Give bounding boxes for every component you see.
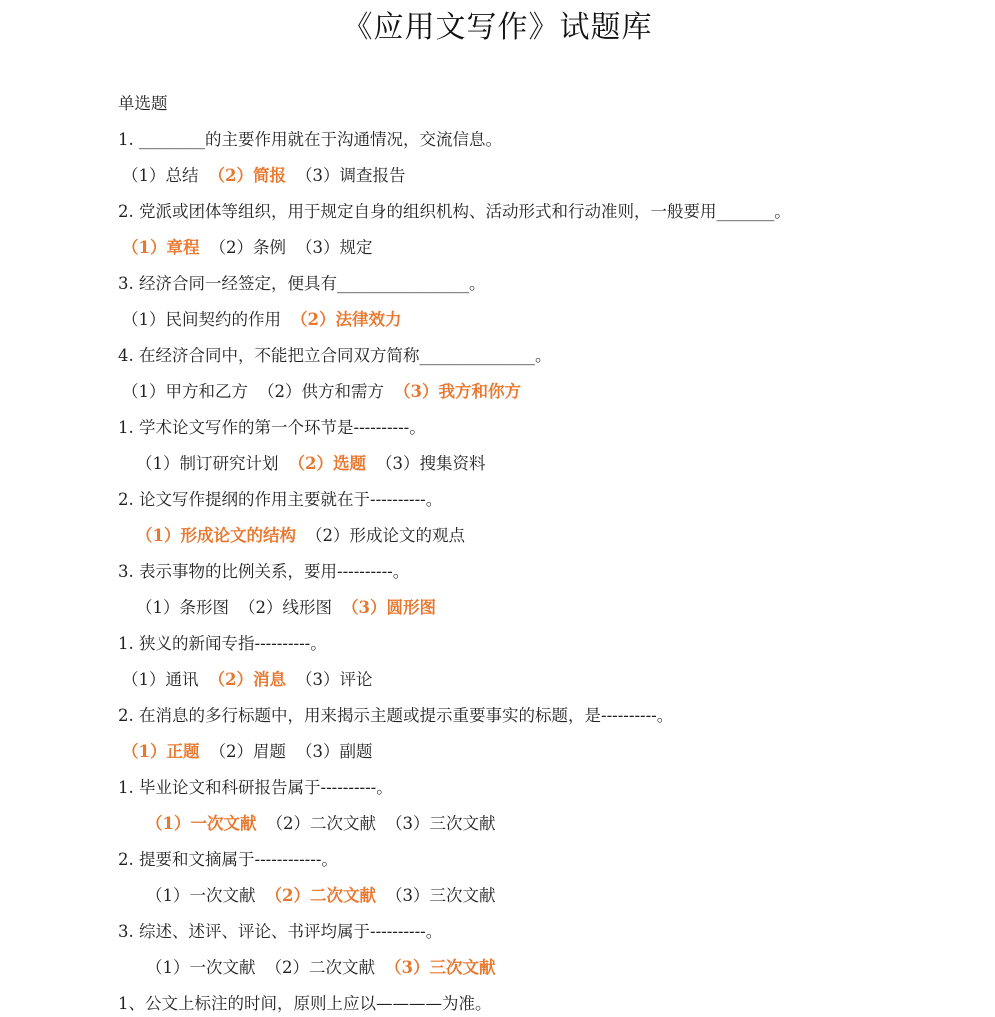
answer-option: （2）眉题 (209, 742, 286, 761)
page-title: 《应用文写作》试题库 (0, 2, 995, 46)
answer-options: （1）总结（2）简报（3）调查报告 (118, 158, 918, 194)
answer-option: （3）副题 (296, 742, 373, 761)
answer-options: （1）甲方和乙方（2）供方和需方（3）我方和你方 (118, 374, 918, 410)
correct-answer-option: （1）一次文献 (146, 814, 256, 833)
question-text: 4. 在经济合同中，不能把立合同双方简称______________。 (118, 338, 918, 374)
answer-options: （1）民间契约的作用（2）法律效力 (118, 302, 918, 338)
answer-option: （1）一次文献 (146, 886, 256, 905)
question-text: 2. 提要和文摘属于------------。 (118, 842, 918, 878)
answer-option: （2）形成论文的观点 (306, 526, 465, 545)
question-text: 3. 表示事物的比例关系，要用----------。 (118, 554, 918, 590)
answer-options: （1）通讯（2）消息（3）评论 (118, 662, 918, 698)
question-text: 2. 论文写作提纲的作用主要就在于----------。 (118, 482, 918, 518)
answer-option: （1）通讯 (122, 670, 199, 689)
answer-options: （1）形成论文的结构（2）形成论文的观点 (118, 518, 918, 554)
answer-option: （2）供方和需方 (258, 382, 384, 401)
answer-option: （1）制订研究计划 (136, 454, 279, 473)
correct-answer-option: （3）三次文献 (385, 958, 495, 977)
answer-option: （3）三次文献 (386, 886, 496, 905)
answer-options: （1）一次文献（2）二次文献（3）三次文献 (118, 950, 918, 986)
question-text: 1. 学术论文写作的第一个环节是----------。 (118, 410, 918, 446)
answer-option: （2）条例 (209, 238, 286, 257)
question-text: 2. 党派或团体等组织，用于规定自身的组织机构、活动形式和行动准则，一般要用__… (118, 194, 918, 230)
answer-option: （1）一次文献 (146, 958, 256, 977)
answer-option: （1）甲方和乙方 (122, 382, 248, 401)
question-list: 单选题 1. ________的主要作用就在于沟通情况，交流信息。（1）总结（2… (118, 86, 918, 1017)
answer-options: （1）条形图（2）线形图（3）圆形图 (118, 590, 918, 626)
correct-answer-option: （2）选题 (289, 454, 366, 473)
answer-option: （2）线形图 (239, 598, 332, 617)
question-text: 3. 综述、述评、评论、书评均属于----------。 (118, 914, 918, 950)
answer-options: （1）一次文献（2）二次文献（3）三次文献 (118, 878, 918, 914)
question-text: 1. 狭义的新闻专指----------。 (118, 626, 918, 662)
correct-answer-option: （1）章程 (122, 238, 199, 257)
last-question-text: 1、公文上标注的时间，原则上应以————为准。 (118, 986, 918, 1017)
correct-answer-option: （1）形成论文的结构 (136, 526, 296, 545)
correct-answer-option: （3）圆形图 (342, 598, 436, 617)
answer-options: （1）章程（2）条例（3）规定 (118, 230, 918, 266)
answer-option: （3）调查报告 (296, 166, 406, 185)
section-label: 单选题 (118, 86, 918, 122)
answer-option: （2）二次文献 (266, 814, 376, 833)
answer-option: （3）三次文献 (386, 814, 496, 833)
question-text: 2. 在消息的多行标题中，用来揭示主题或提示重要事实的标题，是---------… (118, 698, 918, 734)
answer-option: （3）规定 (296, 238, 373, 257)
answer-option: （3）评论 (296, 670, 373, 689)
correct-answer-option: （3）我方和你方 (394, 382, 521, 401)
answer-option: （1）民间契约的作用 (122, 310, 281, 329)
answer-options: （1）正题（2）眉题（3）副题 (118, 734, 918, 770)
correct-answer-option: （2）消息 (209, 670, 286, 689)
question-text: 1. 毕业论文和科研报告属于----------。 (118, 770, 918, 806)
correct-answer-option: （2）二次文献 (266, 886, 376, 905)
answer-option: （1）总结 (122, 166, 199, 185)
question-text: 1. ________的主要作用就在于沟通情况，交流信息。 (118, 122, 918, 158)
correct-answer-option: （2）法律效力 (291, 310, 401, 329)
answer-option: （2）二次文献 (266, 958, 376, 977)
correct-answer-option: （2）简报 (209, 166, 286, 185)
question-text: 3. 经济合同一经签定，便具有________________。 (118, 266, 918, 302)
answer-options: （1）制订研究计划（2）选题（3）搜集资料 (118, 446, 918, 482)
answer-option: （3）搜集资料 (376, 454, 486, 473)
answer-option: （1）条形图 (136, 598, 229, 617)
correct-answer-option: （1）正题 (122, 742, 199, 761)
answer-options: （1）一次文献（2）二次文献（3）三次文献 (118, 806, 918, 842)
